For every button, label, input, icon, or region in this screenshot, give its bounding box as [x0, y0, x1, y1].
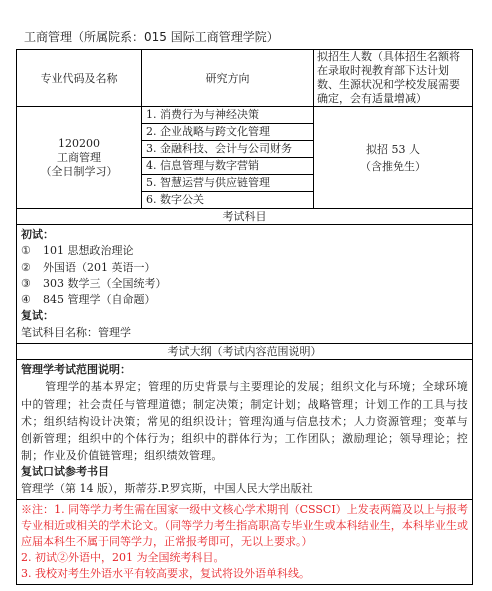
exam-subjects-title: 考试科目 — [17, 209, 473, 225]
item-text: 303 数学三（全国统考） — [43, 277, 167, 290]
direction-item: 6. 数字公关 — [142, 192, 314, 209]
direction-row: 120200 工商管理 （全日制学习） 1. 消费行为与神经决策 拟招 53 人… — [17, 107, 473, 124]
syllabus-title: 考试大纲（考试内容范围说明） — [17, 344, 473, 360]
direction-item: 4. 信息管理与数字营销 — [142, 158, 314, 175]
item-text: 外国语（201 英语一） — [43, 261, 156, 274]
note-item: ※注：1. 同等学力考生需在国家一级中文核心学术期刊（CSSCI）上发表两篇及以… — [21, 502, 468, 550]
preliminary-item: ①101 思想政治理论 — [21, 243, 468, 259]
major-cell: 120200 工商管理 （全日制学习） — [17, 107, 142, 209]
notes-block: ※注：1. 同等学力考生需在国家一级中文核心学术期刊（CSSCI）上发表两篇及以… — [17, 499, 473, 584]
header-major: 专业代码及名称 — [17, 50, 142, 107]
retest-written: 笔试科目名称：管理学 — [21, 325, 468, 341]
preliminary-item: ②外国语（201 英语一） — [21, 260, 468, 276]
retest-label: 复试： — [21, 308, 468, 324]
syllabus-title-row: 考试大纲（考试内容范围说明） — [17, 344, 473, 360]
admission-table: 专业代码及名称 研究方向 拟招生人数（具体招生名额将在录取时视教育部下达计划数、… — [16, 49, 473, 585]
scope-text: 管理学的基本界定；管理的历史背景与主要理论的发展；组织文化与环境；全球环境中的管… — [21, 378, 468, 464]
exam-subjects-title-row: 考试科目 — [17, 209, 473, 225]
preliminary-item: ④845 管理学（自命题） — [21, 292, 468, 308]
direction-item: 5. 智慧运营与供应链管理 — [142, 175, 314, 192]
syllabus-row: 管理学考试范围说明： 管理学的基本界定；管理的历史背景与主要理论的发展；组织文化… — [17, 360, 473, 500]
major-name: 工商管理 — [17, 151, 141, 165]
scope-label: 管理学考试范围说明： — [21, 362, 468, 378]
reference-text: 管理学（第 14 版），斯蒂芬.P.罗宾斯，中国人民大学出版社 — [21, 481, 468, 497]
major-mode: （全日制学习） — [17, 165, 141, 179]
item-number: ① — [21, 243, 43, 259]
item-number: ② — [21, 260, 43, 276]
direction-item: 3. 金融科技、会计与公司财务 — [142, 141, 314, 158]
document-title: 工商管理（所属院系：015 国际工商管理学院） — [24, 30, 279, 44]
header-row: 专业代码及名称 研究方向 拟招生人数（具体招生名额将在录取时视教育部下达计划数、… — [17, 50, 473, 107]
syllabus-block: 管理学考试范围说明： 管理学的基本界定；管理的历史背景与主要理论的发展；组织文化… — [17, 360, 473, 500]
note-item: 3. 我校对考生外语水平有较高要求，复试将设外语单科线。 — [21, 566, 468, 582]
exam-subjects-row: 初试： ①101 思想政治理论 ②外国语（201 英语一） ③303 数学三（全… — [17, 225, 473, 344]
direction-item: 1. 消费行为与神经决策 — [142, 107, 314, 124]
item-number: ④ — [21, 292, 43, 308]
reference-label: 复试口试参考书目 — [21, 464, 468, 480]
item-number: ③ — [21, 276, 43, 292]
exam-subjects-block: 初试： ①101 思想政治理论 ②外国语（201 英语一） ③303 数学三（全… — [17, 225, 473, 344]
header-quota: 拟招生人数（具体招生名额将在录取时视教育部下达计划数、生源状况和学校发展需要确定… — [314, 50, 473, 107]
quota-count: 拟招 53 人 — [314, 141, 472, 158]
direction-item: 2. 企业战略与跨文化管理 — [142, 124, 314, 141]
quota-note: （含推免生） — [314, 158, 472, 175]
item-text: 845 管理学（自命题） — [43, 293, 156, 306]
preliminary-label: 初试： — [21, 227, 468, 243]
major-code: 120200 — [17, 137, 141, 151]
item-text: 101 思想政治理论 — [43, 244, 134, 257]
note-item: 2. 初试②外语中，201 为全国统考科目。 — [21, 550, 468, 566]
preliminary-item: ③303 数学三（全国统考） — [21, 276, 468, 292]
notes-row: ※注：1. 同等学力考生需在国家一级中文核心学术期刊（CSSCI）上发表两篇及以… — [17, 499, 473, 584]
quota-cell: 拟招 53 人 （含推免生） — [314, 107, 473, 209]
header-direction: 研究方向 — [142, 50, 314, 107]
